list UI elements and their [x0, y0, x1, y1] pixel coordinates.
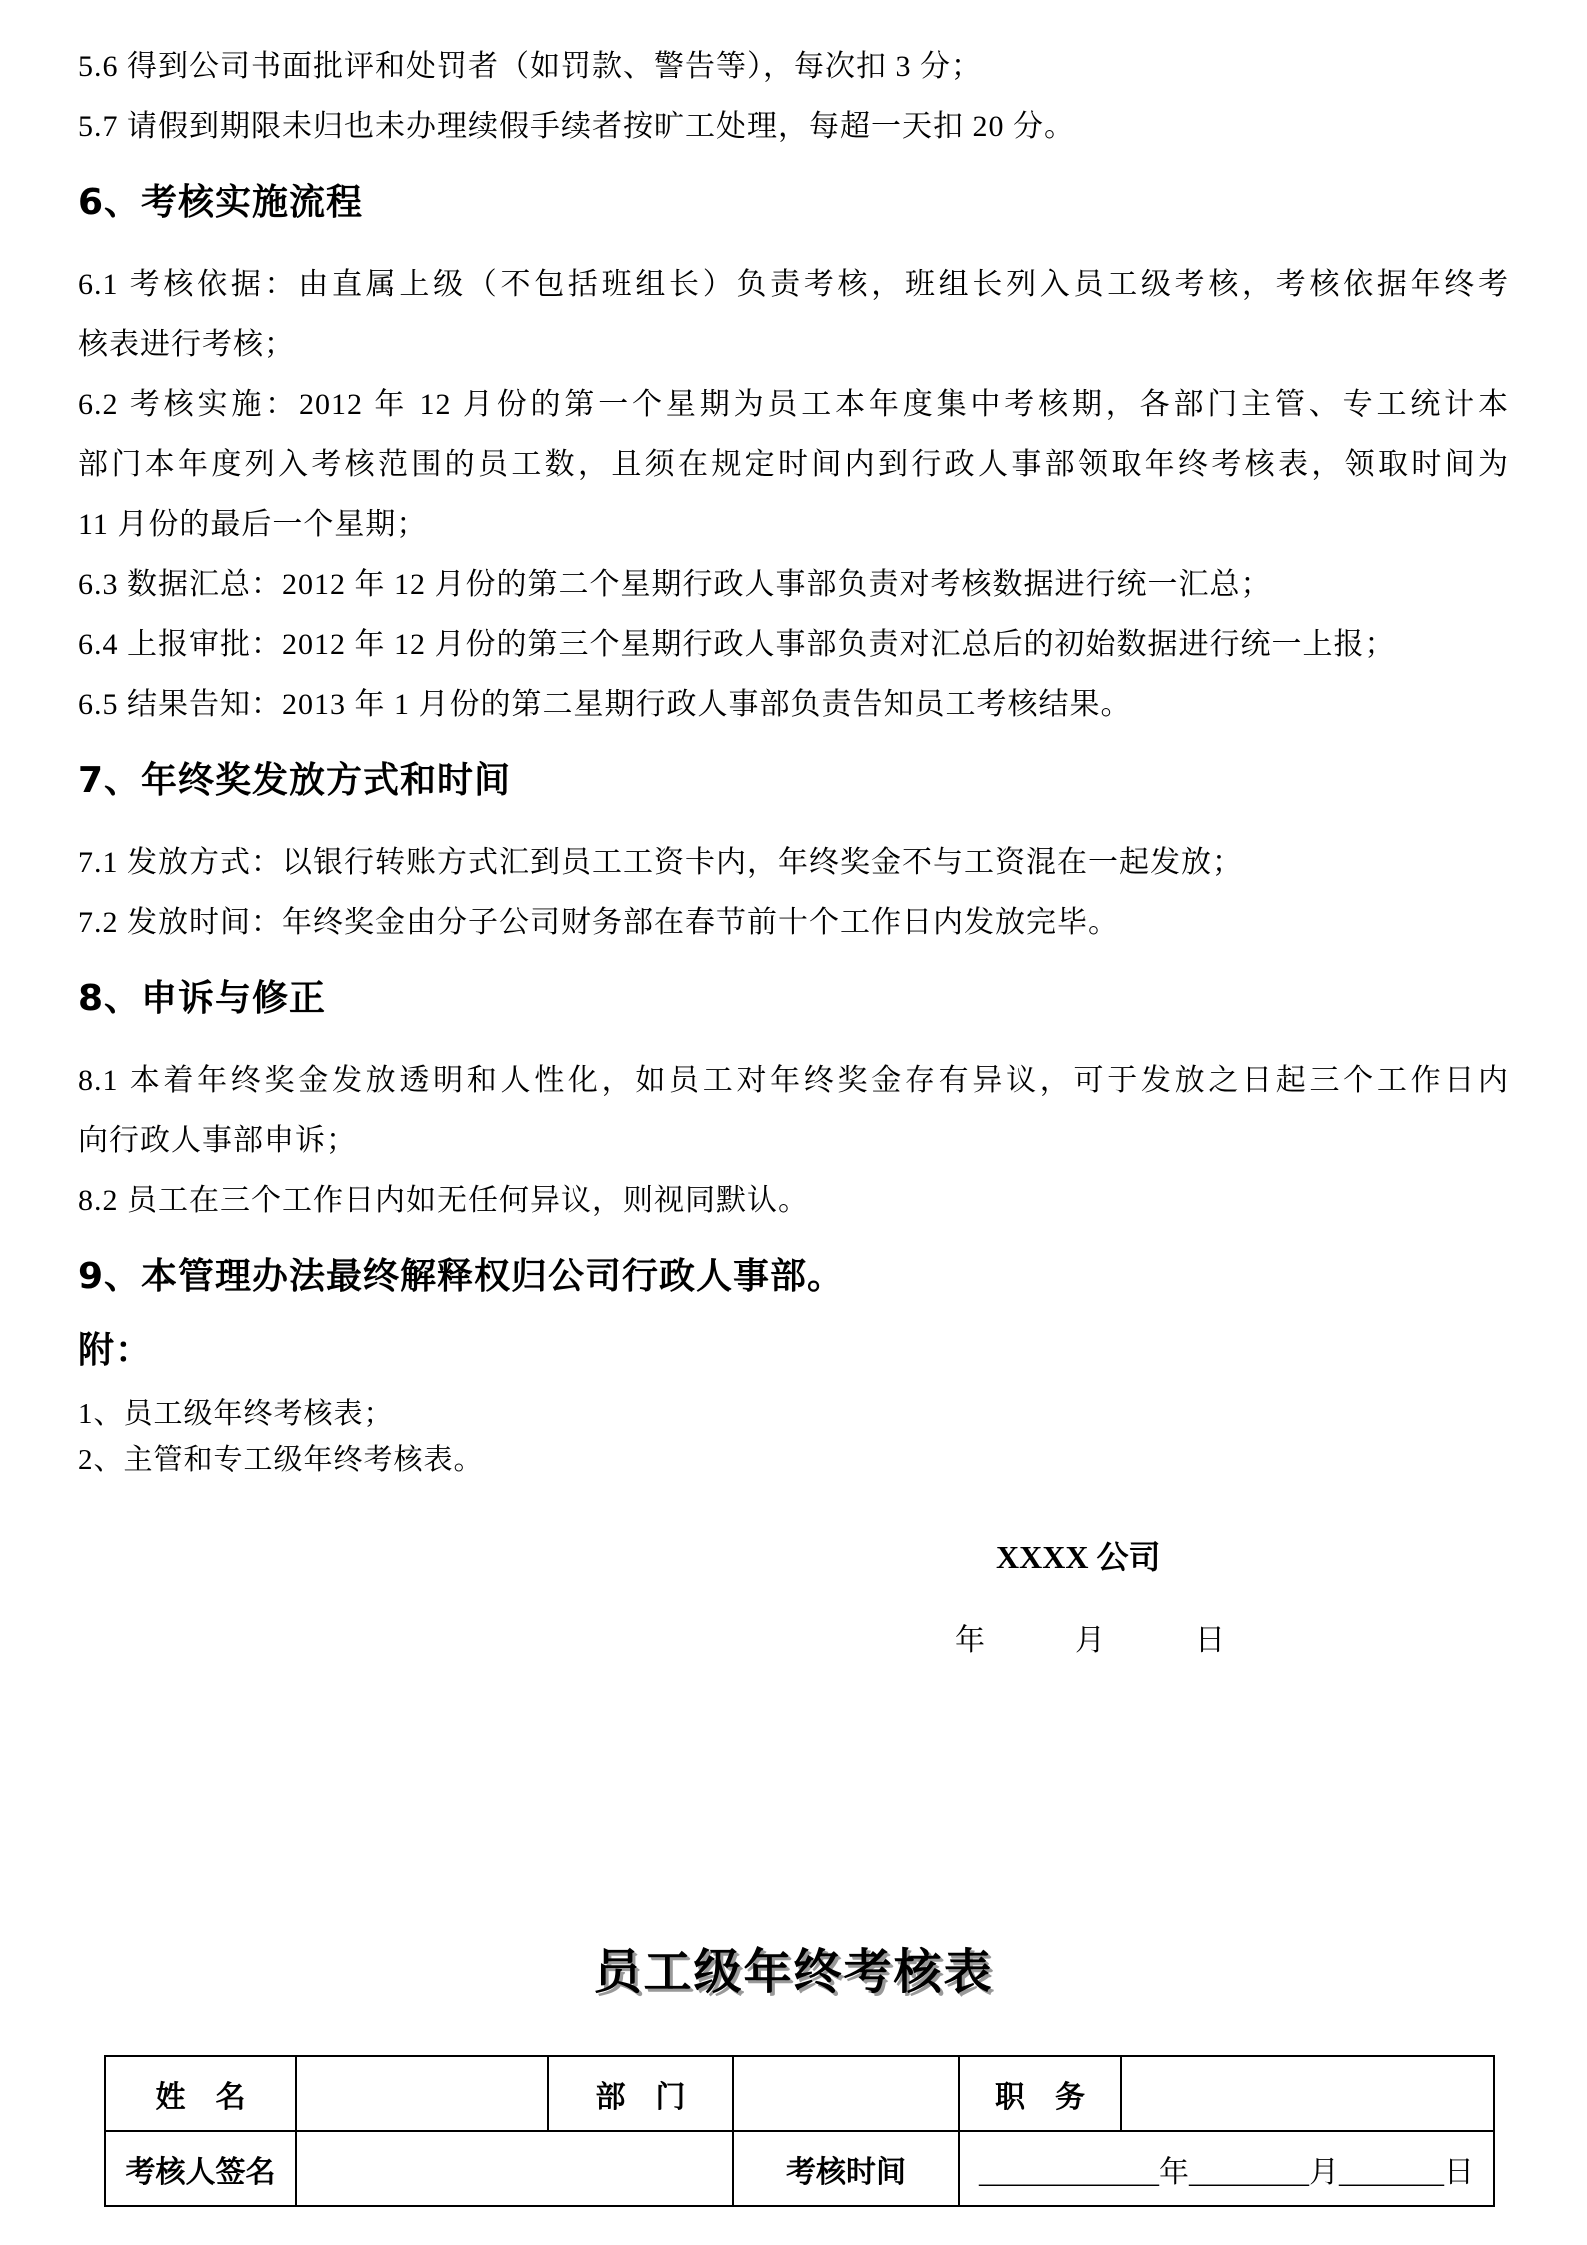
clause-8-2: 8.2 员工在三个工作日内如无任何异议，则视同默认。: [78, 1171, 1509, 1231]
dept-label-cell: 部 门: [548, 2056, 733, 2131]
document-content: 5.6 得到公司书面批评和处罚者（如罚款、警告等），每次扣 3 分； 5.7 请…: [0, 0, 1587, 2207]
form-row-signature: 考核人签名 考核时间 ____________年________月_______…: [105, 2131, 1494, 2206]
section-6-heading: 6、考核实施流程: [78, 181, 1509, 225]
assessor-label-cell: 考核人签名: [105, 2131, 296, 2206]
company-signature: XXXX 公司: [78, 1535, 1509, 1579]
section-9-heading: 9、本管理办法最终解释权归公司行政人事部。: [78, 1255, 1509, 1299]
duty-value-cell[interactable]: [1121, 2056, 1494, 2131]
clause-6-5: 6.5 结果告知：2013 年 1 月份的第二星期行政人事部负责告知员工考核结果…: [78, 675, 1509, 735]
assessment-form-table: 姓 名 部 门 职 务 考核人签名 考核时间 ____________年____…: [104, 2055, 1495, 2207]
clause-6-2: 6.2 考核实施：2012 年 12 月份的第一个星期为员工本年度集中考核期，各…: [78, 375, 1509, 555]
assessment-date-cell[interactable]: ____________年________月_______日: [959, 2131, 1494, 2206]
attachment-item-2: 2、主管和专工级年终考核表。: [78, 1437, 1509, 1483]
clause-6-2-line-3: 11 月份的最后一个星期；: [78, 495, 1509, 555]
clause-5-6: 5.6 得到公司书面批评和处罚者（如罚款、警告等），每次扣 3 分；: [78, 37, 1509, 97]
clause-5-7-text: 5.7 请假到期限未归也未办理续假手续者按旷工处理，每超一天扣 20 分。: [78, 97, 1509, 157]
time-label-cell: 考核时间: [733, 2131, 959, 2206]
section-7-heading: 7、年终奖发放方式和时间: [78, 759, 1509, 803]
clause-7-2: 7.2 发放时间：年终奖金由分子公司财务部在春节前十个工作日内发放完毕。: [78, 893, 1509, 953]
dept-value-cell[interactable]: [733, 2056, 959, 2131]
document-page: 5.6 得到公司书面批评和处罚者（如罚款、警告等），每次扣 3 分； 5.7 请…: [0, 0, 1587, 2245]
clause-6-5-text: 6.5 结果告知：2013 年 1 月份的第二星期行政人事部负责告知员工考核结果…: [78, 675, 1509, 735]
form-title: 员工级年终考核表: [78, 1942, 1509, 2002]
clause-8-1-line-2: 向行政人事部申诉；: [78, 1111, 1509, 1171]
clause-6-3-text: 6.3 数据汇总：2012 年 12 月份的第二个星期行政人事部负责对考核数据进…: [78, 555, 1509, 615]
clause-6-3: 6.3 数据汇总：2012 年 12 月份的第二个星期行政人事部负责对考核数据进…: [78, 555, 1509, 615]
name-label-cell: 姓 名: [105, 2056, 296, 2131]
assessor-signature-cell[interactable]: [296, 2131, 733, 2206]
clause-7-1: 7.1 发放方式：以银行转账方式汇到员工工资卡内，年终奖金不与工资混在一起发放；: [78, 833, 1509, 893]
clause-8-1-line-1: 8.1 本着年终奖金发放透明和人性化，如员工对年终奖金存有异议，可于发放之日起三…: [78, 1051, 1509, 1111]
clause-6-4: 6.4 上报审批：2012 年 12 月份的第三个星期行政人事部负责对汇总后的初…: [78, 615, 1509, 675]
form-row-identity: 姓 名 部 门 职 务: [105, 2056, 1494, 2131]
clause-5-7: 5.7 请假到期限未归也未办理续假手续者按旷工处理，每超一天扣 20 分。: [78, 97, 1509, 157]
signature-date-line: 年 月 日: [78, 1619, 1509, 1663]
section-8-heading: 8、申诉与修正: [78, 977, 1509, 1021]
clause-7-1-text: 7.1 发放方式：以银行转账方式汇到员工工资卡内，年终奖金不与工资混在一起发放；: [78, 833, 1509, 893]
clause-7-2-text: 7.2 发放时间：年终奖金由分子公司财务部在春节前十个工作日内发放完毕。: [78, 893, 1509, 953]
clause-6-1-line-1: 6.1 考核依据：由直属上级（不包括班组长）负责考核，班组长列入员工级考核，考核…: [78, 255, 1509, 315]
name-value-cell[interactable]: [296, 2056, 548, 2131]
duty-label-cell: 职 务: [959, 2056, 1121, 2131]
clause-6-1: 6.1 考核依据：由直属上级（不包括班组长）负责考核，班组长列入员工级考核，考核…: [78, 255, 1509, 375]
attachment-heading: 附：: [78, 1329, 1509, 1373]
attachment-item-1: 1、员工级年终考核表；: [78, 1391, 1509, 1437]
clause-6-4-text: 6.4 上报审批：2012 年 12 月份的第三个星期行政人事部负责对汇总后的初…: [78, 615, 1509, 675]
clause-6-2-line-2: 部门本年度列入考核范围的员工数，且须在规定时间内到行政人事部领取年终考核表，领取…: [78, 435, 1509, 495]
clause-5-6-text: 5.6 得到公司书面批评和处罚者（如罚款、警告等），每次扣 3 分；: [78, 37, 1509, 97]
clause-6-2-line-1: 6.2 考核实施：2012 年 12 月份的第一个星期为员工本年度集中考核期，各…: [78, 375, 1509, 435]
clause-8-1: 8.1 本着年终奖金发放透明和人性化，如员工对年终奖金存有异议，可于发放之日起三…: [78, 1051, 1509, 1171]
clause-6-1-line-2: 核表进行考核；: [78, 315, 1509, 375]
clause-8-2-text: 8.2 员工在三个工作日内如无任何异议，则视同默认。: [78, 1171, 1509, 1231]
